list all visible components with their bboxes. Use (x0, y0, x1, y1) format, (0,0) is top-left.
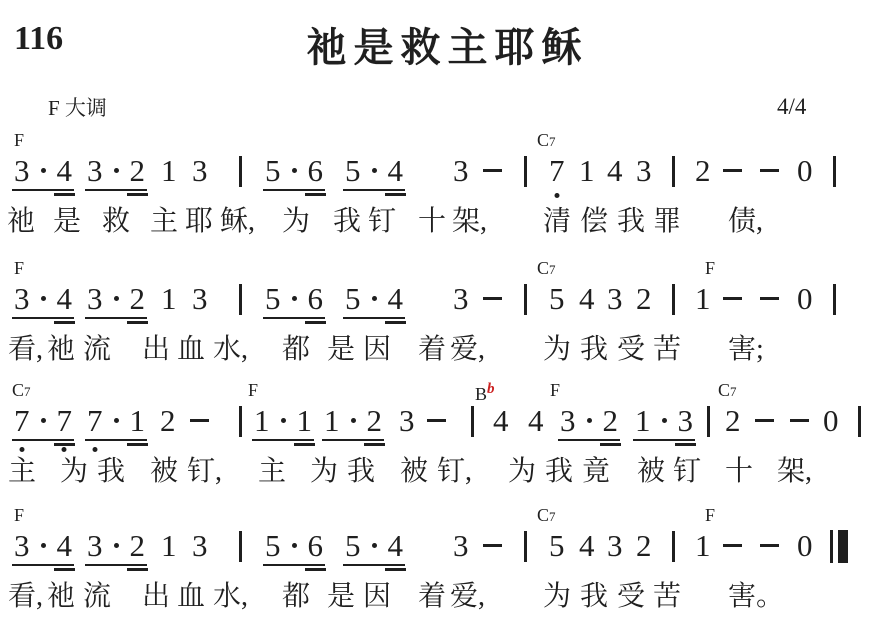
chord-label: C7 (718, 380, 737, 402)
note-digit: 7 (14, 405, 30, 436)
note-digit: 3 (453, 530, 469, 561)
lyric-syllable: 出 (142, 580, 170, 614)
rhythm-dot (114, 168, 119, 173)
note-digit: 1 (130, 405, 146, 436)
note-digit: 5 (265, 530, 281, 561)
system-4: FC7F34321356543543210看,祂流出血水,都是因着爱,为我受苦害… (0, 508, 895, 636)
lyric-syllable: 救 (102, 205, 130, 239)
note-digit: 4 (388, 155, 404, 186)
lyric-syllable: 出 (142, 333, 170, 367)
lyric-syllable: 为 (508, 455, 536, 489)
rhythm-dot (662, 418, 667, 423)
note-digit: 4 (493, 405, 509, 436)
note-digit: 2 (130, 530, 146, 561)
note-digit: 5 (345, 283, 361, 314)
lyric-syllable: 为 (543, 580, 571, 614)
lyric-syllable: 祂 (47, 580, 75, 614)
lyric-syllable: 水, (213, 333, 248, 367)
key-signature: F 大调 (48, 92, 107, 122)
rhythm-dot (114, 296, 119, 301)
note-digit: 3 (14, 283, 30, 314)
chord-label: F (550, 380, 560, 402)
bar-line (239, 406, 242, 437)
beamed-note-group: 32 (85, 530, 147, 566)
system-3: C7FBbFC7777121112344321320主为我被钉,主为我被钉,为我… (0, 383, 895, 511)
beamed-note-group: 13 (633, 405, 695, 441)
note-digit: 4 (579, 283, 595, 314)
octave-dot-low (554, 193, 559, 198)
lyric-syllable: 钉, (437, 455, 472, 489)
note-digit: 3 (453, 283, 469, 314)
rhythm-dot (281, 418, 286, 423)
octave-dot-low (19, 447, 24, 452)
lyric-syllable: 耶 (185, 205, 213, 239)
bar-line (672, 531, 675, 562)
note-digit: 7 (87, 405, 103, 436)
duration-dash (483, 297, 502, 300)
lyric-syllable: 祂 (7, 205, 35, 239)
beamed-note-group: 34 (12, 283, 74, 319)
chord-root: C (12, 380, 24, 400)
beamed-note-group: 32 (85, 283, 147, 319)
note-digit: 3 (607, 283, 623, 314)
lyric-syllable: 我 (333, 205, 361, 239)
chord-root: C (537, 505, 549, 525)
note-digit: 2 (160, 405, 176, 436)
note-digit: 3 (192, 155, 208, 186)
lyric-syllable: 害。 (728, 580, 784, 614)
note-digit: 6 (308, 155, 324, 186)
note-digit: 4 (388, 530, 404, 561)
lyric-syllable: 祂 (47, 333, 75, 367)
chord-root: C (537, 258, 549, 278)
note-digit: 5 (265, 283, 281, 314)
lyric-syllable: 十 (418, 205, 446, 239)
chord-root: F (248, 380, 258, 400)
lyric-syllable: 主 (258, 455, 286, 489)
bar-line (239, 284, 242, 315)
note-digit: 3 (192, 530, 208, 561)
chord-label: C7 (537, 505, 556, 527)
lyric-syllable: 偿 (580, 205, 608, 239)
rhythm-dot (41, 296, 46, 301)
note-digit: 4 (388, 283, 404, 314)
chord-seventh: 7 (549, 509, 556, 524)
rhythm-dot (41, 543, 46, 548)
rhythm-dot (41, 168, 46, 173)
note-digit: 2 (636, 530, 652, 561)
duration-dash (760, 297, 779, 300)
rhythm-dot (587, 418, 592, 423)
note-digit: 2 (130, 283, 146, 314)
note-digit: 1 (161, 530, 177, 561)
lyric-syllable: 架, (452, 205, 487, 239)
lyric-syllable: 为 (543, 333, 571, 367)
note-digit: 6 (308, 283, 324, 314)
lyric-syllable: 我 (97, 455, 125, 489)
lyric-syllable: 被 (150, 455, 178, 489)
beamed-note-group: 71 (85, 405, 147, 441)
bar-line (833, 284, 836, 315)
duration-dash (760, 169, 779, 172)
chord-label: C7 (537, 130, 556, 152)
beamed-note-group: 56 (263, 283, 325, 319)
octave-dot-low (92, 447, 97, 452)
lyric-syllable: 钉, (187, 455, 222, 489)
rhythm-dot (41, 418, 46, 423)
chord-root: F (14, 505, 24, 525)
rhythm-dot (372, 296, 377, 301)
note-digit: 4 (57, 530, 73, 561)
lyric-syllable: 着 (418, 580, 446, 614)
chord-label: F (14, 505, 24, 527)
note-digit: 3 (453, 155, 469, 186)
note-digit: 5 (549, 283, 565, 314)
chord-label: F (705, 258, 715, 280)
lyric-syllable: 主 (8, 455, 36, 489)
duration-dash (190, 419, 209, 422)
note-digit: 7 (57, 405, 73, 436)
lyric-syllable: 害; (728, 333, 764, 367)
note-digit: 1 (324, 405, 340, 436)
bar-line (471, 406, 474, 437)
lyric-syllable: 罪 (653, 205, 681, 239)
bar-line (672, 156, 675, 187)
chord-root: B (475, 384, 487, 404)
lyric-syllable: 为 (310, 455, 338, 489)
lyric-syllable: 看, (8, 333, 43, 367)
note-digit: 4 (528, 405, 544, 436)
lyric-syllable: 债, (728, 205, 763, 239)
lyric-syllable: 因 (363, 580, 391, 614)
rhythm-dot (372, 168, 377, 173)
beamed-note-group: 56 (263, 530, 325, 566)
lyric-syllable: 主 (150, 205, 178, 239)
note-digit: 2 (725, 405, 741, 436)
note-digit: 1 (695, 530, 711, 561)
lyric-syllable: 我 (580, 580, 608, 614)
system-2: FC7F34321356543543210看,祂流出血水,都是因着爱,为我受苦害… (0, 261, 895, 389)
note-digit: 1 (161, 283, 177, 314)
bar-line (858, 406, 861, 437)
duration-dash (427, 419, 446, 422)
hymn-title: 祂是救主耶稣 (0, 16, 895, 73)
note-digit: 3 (14, 155, 30, 186)
note-digit: 4 (57, 155, 73, 186)
chord-label: Bb (475, 380, 495, 406)
lyric-syllable: 血 (177, 580, 205, 614)
beamed-note-group: 54 (343, 530, 405, 566)
lyric-syllable: 我 (347, 455, 375, 489)
lyric-syllable: 血 (177, 333, 205, 367)
chord-label: C7 (537, 258, 556, 280)
note-digit: 0 (797, 530, 813, 561)
note-digit: 5 (345, 155, 361, 186)
note-digit: 2 (130, 155, 146, 186)
note-digit: 3 (560, 405, 576, 436)
note-digit: 1 (297, 405, 313, 436)
note-digit: 4 (579, 530, 595, 561)
lyric-syllable: 稣, (220, 205, 255, 239)
note-digit: 1 (254, 405, 270, 436)
bar-line (524, 284, 527, 315)
lyric-syllable: 竟 (582, 455, 610, 489)
rhythm-dot (351, 418, 356, 423)
bar-line (707, 406, 710, 437)
lyric-syllable: 因 (363, 333, 391, 367)
bar-line (239, 156, 242, 187)
note-digit: 4 (57, 283, 73, 314)
beamed-note-group: 11 (252, 405, 314, 441)
beamed-note-group: 32 (558, 405, 620, 441)
chord-seventh: 7 (24, 384, 31, 399)
note-digit: 5 (549, 530, 565, 561)
beamed-note-group: 56 (263, 155, 325, 191)
note-digit: 3 (87, 283, 103, 314)
duration-dash (723, 544, 742, 547)
lyric-syllable: 流 (83, 580, 111, 614)
note-digit: 7 (549, 155, 565, 186)
bar-line (524, 531, 527, 562)
beamed-note-group: 34 (12, 155, 74, 191)
lyric-syllable: 被 (400, 455, 428, 489)
rhythm-dot (292, 168, 297, 173)
beamed-note-group: 54 (343, 155, 405, 191)
lyric-syllable: 苦 (653, 333, 681, 367)
chord-label: F (705, 505, 715, 527)
note-digit: 3 (607, 530, 623, 561)
note-digit: 6 (308, 530, 324, 561)
note-digit: 2 (636, 283, 652, 314)
chord-root: F (550, 380, 560, 400)
note-digit: 4 (607, 155, 623, 186)
lyric-syllable: 为 (282, 205, 310, 239)
rhythm-dot (292, 296, 297, 301)
note-digit: 2 (695, 155, 711, 186)
lyric-syllable: 着 (418, 333, 446, 367)
duration-dash (755, 419, 774, 422)
beamed-note-group: 54 (343, 283, 405, 319)
lyric-syllable: 看, (8, 580, 43, 614)
note-digit: 3 (678, 405, 694, 436)
lyric-syllable: 我 (617, 205, 645, 239)
bar-line (672, 284, 675, 315)
time-signature: 4/4 (777, 94, 806, 120)
duration-dash (483, 169, 502, 172)
lyric-syllable: 钉 (673, 455, 701, 489)
lyric-syllable: 是 (327, 333, 355, 367)
beamed-note-group: 34 (12, 530, 74, 566)
chord-seventh: 7 (549, 134, 556, 149)
bar-line (524, 156, 527, 187)
note-digit: 5 (265, 155, 281, 186)
note-digit: 5 (345, 530, 361, 561)
chord-seventh: 7 (549, 262, 556, 277)
note-digit: 1 (579, 155, 595, 186)
chord-seventh: 7 (730, 384, 737, 399)
lyric-syllable: 爱, (450, 580, 485, 614)
note-digit: 0 (823, 405, 839, 436)
lyric-syllable: 我 (545, 455, 573, 489)
note-digit: 0 (797, 155, 813, 186)
duration-dash (483, 544, 502, 547)
note-digit: 2 (367, 405, 383, 436)
lyric-syllable: 都 (282, 580, 310, 614)
system-1: FC734321356543714320祂是救主耶稣,为我钉十架,清偿我罪债, (0, 133, 895, 261)
note-digit: 3 (192, 283, 208, 314)
note-digit: 3 (636, 155, 652, 186)
lyric-syllable: 是 (327, 580, 355, 614)
lyric-syllable: 水, (213, 580, 248, 614)
lyric-syllable: 为 (60, 455, 88, 489)
lyric-syllable: 是 (53, 205, 81, 239)
lyric-syllable: 架, (777, 455, 812, 489)
bar-line (833, 156, 836, 187)
chord-root: F (705, 258, 715, 278)
chord-root: C (718, 380, 730, 400)
bar-line (239, 531, 242, 562)
lyric-syllable: 爱, (450, 333, 485, 367)
beamed-note-group: 12 (322, 405, 384, 441)
duration-dash (760, 544, 779, 547)
note-digit: 0 (797, 283, 813, 314)
lyric-syllable: 受 (617, 333, 645, 367)
lyric-syllable: 苦 (653, 580, 681, 614)
chord-label: C7 (12, 380, 31, 402)
lyric-syllable: 十 (725, 455, 753, 489)
note-digit: 2 (603, 405, 619, 436)
chord-label: F (248, 380, 258, 402)
lyric-syllable: 受 (617, 580, 645, 614)
lyric-syllable: 被 (637, 455, 665, 489)
duration-dash (790, 419, 809, 422)
note-digit: 3 (14, 530, 30, 561)
note-digit: 1 (161, 155, 177, 186)
lyric-syllable: 流 (83, 333, 111, 367)
beamed-note-group: 77 (12, 405, 74, 441)
note-digit: 3 (399, 405, 415, 436)
final-bar-line (830, 530, 848, 563)
duration-dash (723, 297, 742, 300)
rhythm-dot (292, 543, 297, 548)
lyric-syllable: 都 (282, 333, 310, 367)
chord-root: C (537, 130, 549, 150)
note-digit: 3 (87, 530, 103, 561)
flat-icon: b (487, 381, 495, 397)
rhythm-dot (372, 543, 377, 548)
note-digit: 3 (87, 155, 103, 186)
chord-label: F (14, 130, 24, 152)
note-digit: 1 (635, 405, 651, 436)
hymn-sheet-page: 116 祂是救主耶稣 F 大调 4/4 FC734321356543714320… (0, 0, 895, 638)
chord-root: F (14, 130, 24, 150)
lyric-syllable: 清 (543, 205, 571, 239)
octave-dot-low (62, 447, 67, 452)
beamed-note-group: 32 (85, 155, 147, 191)
note-digit: 1 (695, 283, 711, 314)
chord-root: F (705, 505, 715, 525)
rhythm-dot (114, 543, 119, 548)
rhythm-dot (114, 418, 119, 423)
lyric-syllable: 我 (580, 333, 608, 367)
duration-dash (723, 169, 742, 172)
chord-root: F (14, 258, 24, 278)
chord-label: F (14, 258, 24, 280)
lyric-syllable: 钉 (368, 205, 396, 239)
